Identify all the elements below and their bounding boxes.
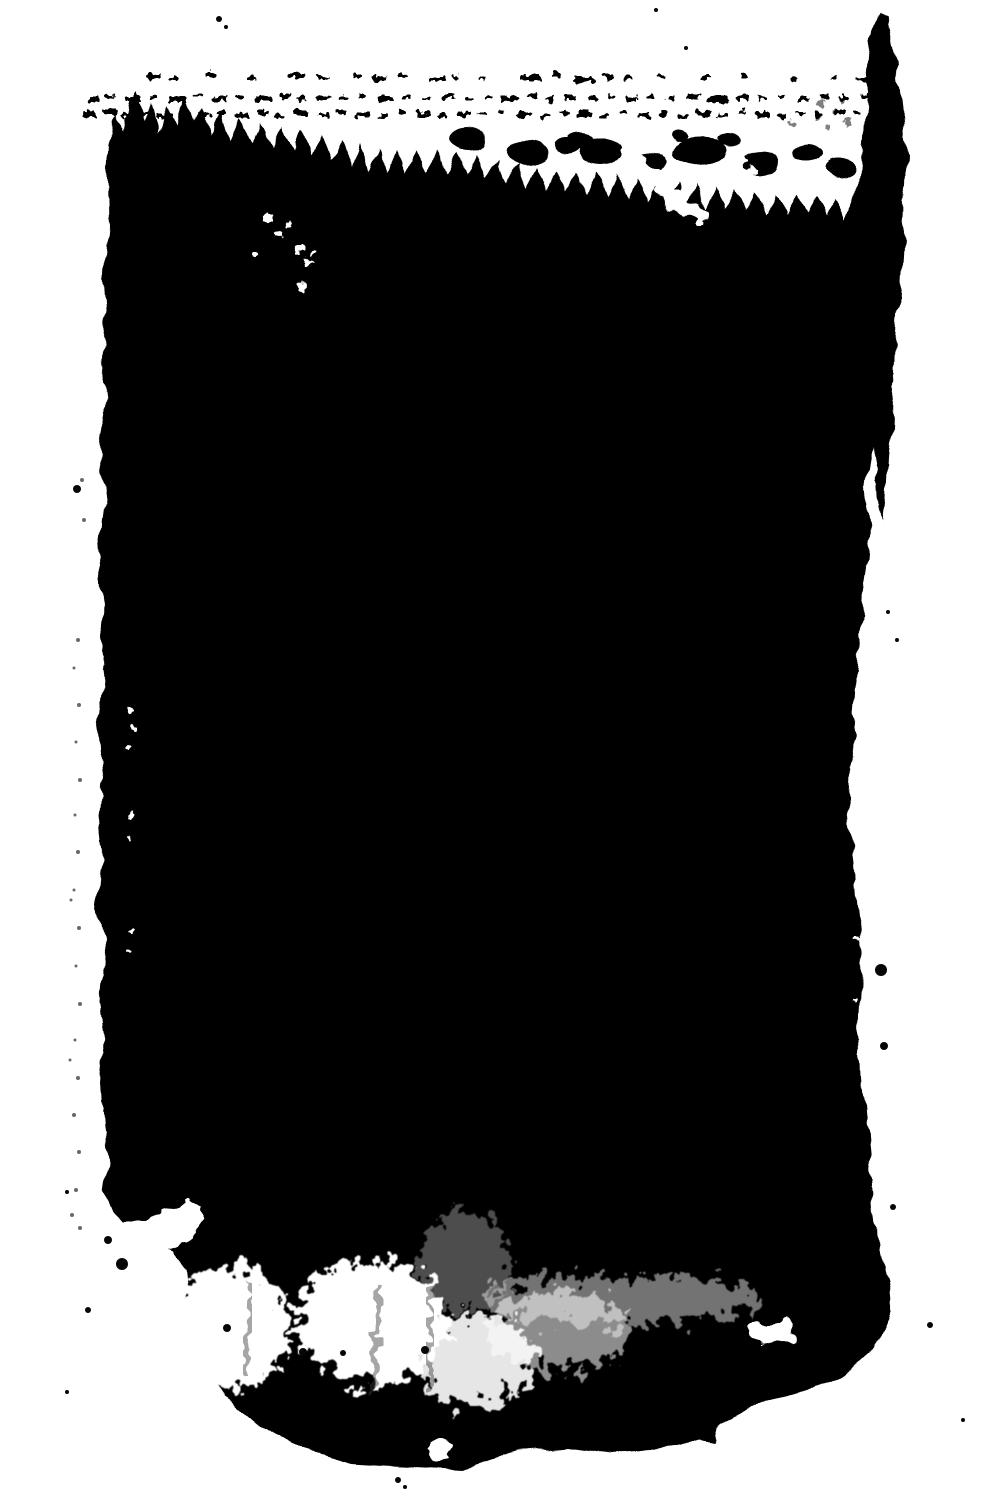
speckle-dash — [526, 94, 536, 98]
speckle-dash — [520, 75, 542, 81]
ink-island — [578, 138, 622, 166]
speckle-dash — [358, 94, 366, 98]
ink-dot — [961, 1418, 965, 1422]
speckle-dash — [212, 97, 226, 102]
ink-dot — [395, 1477, 401, 1483]
white-fuzz-patch — [750, 1321, 796, 1345]
speckle-dash — [578, 112, 592, 117]
speckle-dash — [778, 114, 786, 118]
white-speck — [126, 948, 130, 952]
speckle-dash — [452, 74, 460, 78]
speckle-dash — [236, 113, 250, 118]
speckle-dash — [316, 95, 330, 100]
margin-dot — [76, 850, 80, 854]
speckle-dash — [796, 111, 806, 115]
ink-dot — [223, 1324, 231, 1332]
speckle-dash — [478, 77, 484, 80]
white-speck — [274, 229, 282, 237]
speckle-dash — [464, 97, 474, 101]
speckle-dash — [574, 77, 594, 82]
speckle-dash — [546, 97, 554, 101]
speckle-dash — [318, 113, 328, 117]
ink-dot — [299, 1348, 307, 1356]
white-speck — [127, 707, 133, 713]
scanned-ink-page — [0, 0, 1000, 1500]
speckle-dash — [560, 110, 568, 114]
ink-blot — [65, 8, 965, 1489]
speckle-dash — [170, 76, 178, 80]
speckle-dash — [588, 96, 598, 100]
white-speck — [129, 927, 135, 933]
speckle-dash — [438, 114, 446, 118]
white-speck — [855, 697, 861, 703]
speckle-dash — [736, 95, 750, 100]
speckle-dash — [498, 110, 506, 114]
speckle-dash — [564, 95, 578, 100]
speckle-dash — [158, 114, 174, 119]
margin-dot — [70, 1213, 74, 1217]
speckle-dash — [236, 95, 246, 99]
ink-dot — [403, 1485, 407, 1489]
speckle-dash — [858, 77, 868, 81]
speckle-dash — [456, 111, 470, 116]
gray-streak — [428, 1290, 432, 1390]
speckle-dash — [638, 113, 650, 118]
speckle-dash — [626, 97, 638, 102]
speckle-dash — [102, 110, 116, 115]
white-speck — [303, 259, 311, 267]
speckle-dash — [416, 112, 428, 117]
speckle-dash — [280, 94, 290, 98]
speckle-dash — [258, 111, 268, 115]
speckle-dash — [378, 97, 394, 102]
ink-dot — [224, 25, 228, 29]
speckle-dash — [124, 97, 140, 102]
ink-dot — [65, 1390, 69, 1394]
speckle-dash — [648, 95, 656, 99]
margin-dot — [78, 778, 82, 782]
gray-squiggle — [825, 123, 831, 129]
ink-island — [505, 140, 545, 164]
speckle-dash — [294, 111, 310, 116]
white-speck — [295, 243, 305, 253]
speckle-dash — [738, 110, 746, 114]
ink-dot — [85, 1307, 91, 1313]
speckle-dash — [402, 95, 412, 99]
ink-island — [794, 142, 826, 162]
speckle-dash — [814, 113, 822, 117]
white-speck — [297, 281, 307, 291]
speckle-dash — [148, 95, 158, 99]
white-speck — [130, 725, 136, 731]
speckle-dash — [338, 110, 346, 114]
speckle-dash — [778, 94, 786, 98]
margin-dot — [73, 667, 76, 670]
speckle-dash — [484, 95, 492, 99]
gray-squiggle — [844, 118, 852, 126]
speckle-dash — [840, 96, 850, 100]
speckle-dash — [198, 112, 210, 117]
gray-squiggle — [789, 121, 795, 127]
speckle-dash — [516, 112, 532, 117]
speckle-dash — [696, 111, 710, 116]
white-speck — [854, 768, 858, 772]
white-speck — [310, 249, 316, 255]
speckle-dash — [708, 97, 730, 103]
speckle-dash — [686, 94, 700, 99]
speckle-dash — [758, 96, 768, 100]
speckle-dash — [194, 94, 202, 98]
margin-dot — [72, 1113, 76, 1117]
speckle-dash — [552, 73, 562, 77]
speckle-dash — [660, 111, 668, 115]
ink-blot-svg — [0, 0, 1000, 1500]
speckle-dash — [666, 96, 676, 100]
margin-dot — [74, 1188, 78, 1192]
speckle-dash — [834, 110, 844, 114]
speckle-dash — [106, 94, 114, 98]
speckle-dash — [288, 73, 304, 78]
white-speck — [127, 836, 131, 840]
speckle-dash — [256, 96, 272, 101]
speckle-dash — [718, 113, 728, 117]
ink-dot — [886, 610, 890, 614]
speckle-dash — [756, 112, 768, 117]
speckle-dash — [148, 74, 162, 79]
speckle-dash — [430, 76, 446, 81]
speckle-dash — [180, 110, 188, 114]
margin-dot — [75, 741, 78, 744]
speckle-dash — [352, 74, 360, 78]
speckle-dash — [798, 97, 810, 102]
white-fuzz-patch — [429, 1440, 447, 1460]
ink-dot — [421, 1346, 429, 1354]
white-fuzz-patch — [480, 1275, 760, 1325]
ink-island — [720, 133, 740, 147]
speckle-dash — [338, 96, 348, 100]
white-speck — [128, 812, 134, 818]
ink-dot — [880, 1042, 888, 1050]
speckle-dash — [442, 94, 456, 99]
speckle-dash — [860, 94, 868, 98]
speckle-dash — [168, 96, 186, 102]
speckle-dash — [620, 110, 628, 114]
speckle-dash — [298, 97, 306, 101]
speckle-dash — [658, 74, 665, 78]
margin-dot — [76, 638, 80, 642]
speckle-dash — [356, 112, 370, 117]
speckle-dash — [478, 113, 488, 117]
speckle-dash — [88, 96, 100, 101]
gray-squiggle — [818, 100, 826, 108]
margin-dot — [82, 518, 86, 522]
speckle-dash — [318, 76, 328, 80]
speckle-dash — [854, 112, 862, 116]
speckle-dash — [372, 76, 386, 81]
speckle-dash — [602, 74, 614, 79]
margin-dot — [74, 1039, 77, 1042]
speckle-dash — [624, 76, 632, 80]
speckle-dash — [398, 73, 405, 77]
speckle-dash — [218, 110, 226, 114]
speckle-dash — [600, 114, 610, 118]
margin-dot — [80, 478, 84, 482]
speckle-dash — [85, 112, 95, 117]
speckle-dash — [398, 110, 406, 114]
white-speck — [733, 153, 747, 167]
speckle-dash — [540, 114, 550, 118]
speckle-dash — [502, 96, 518, 101]
ink-dot — [116, 1258, 128, 1270]
margin-dot — [77, 1150, 81, 1154]
ink-island — [826, 158, 854, 176]
white-speck — [747, 165, 757, 175]
ink-dot — [73, 485, 81, 493]
ink-dot — [340, 1350, 346, 1356]
margin-dot — [76, 1076, 80, 1080]
ink-dot — [65, 1190, 69, 1194]
speckle-dash — [378, 114, 388, 118]
speckle-dash — [820, 95, 828, 99]
speckle-dash — [608, 94, 616, 98]
margin-dot — [75, 965, 78, 968]
white-speck — [285, 222, 291, 228]
margin-dot — [77, 703, 81, 707]
speckle-dash — [122, 113, 130, 117]
margin-dot — [74, 814, 77, 817]
speckle-dash — [700, 76, 710, 80]
ink-dot — [890, 1204, 896, 1210]
margin-dot — [73, 889, 76, 892]
speckle-dash — [790, 77, 796, 80]
ink-dot — [927, 1322, 933, 1328]
speckle-dash — [678, 114, 688, 118]
speckle-dash — [248, 77, 255, 80]
margin-dot — [78, 1226, 82, 1230]
speckle-dash — [742, 74, 750, 78]
ink-dot — [875, 964, 887, 976]
ink-dot — [216, 16, 222, 22]
speckle-dash — [138, 111, 150, 116]
white-speck — [126, 746, 130, 750]
ink-dot — [684, 46, 688, 50]
speckle-dash — [276, 114, 284, 118]
speckle-dash — [422, 96, 430, 100]
margin-dot — [78, 1002, 82, 1006]
speckle-dash — [205, 73, 215, 77]
ink-dot — [104, 1236, 112, 1244]
white-speck — [853, 998, 857, 1002]
white-speck — [252, 250, 258, 256]
ink-island — [452, 131, 488, 153]
margin-dot — [77, 926, 81, 930]
speckle-dash — [830, 75, 838, 79]
margin-dot — [70, 899, 73, 902]
margin-dot — [69, 1059, 72, 1062]
ink-dot — [654, 8, 658, 12]
ink-island — [674, 136, 726, 168]
white-speck — [854, 937, 860, 943]
white-speck — [263, 213, 273, 223]
ink-dot — [895, 638, 899, 642]
